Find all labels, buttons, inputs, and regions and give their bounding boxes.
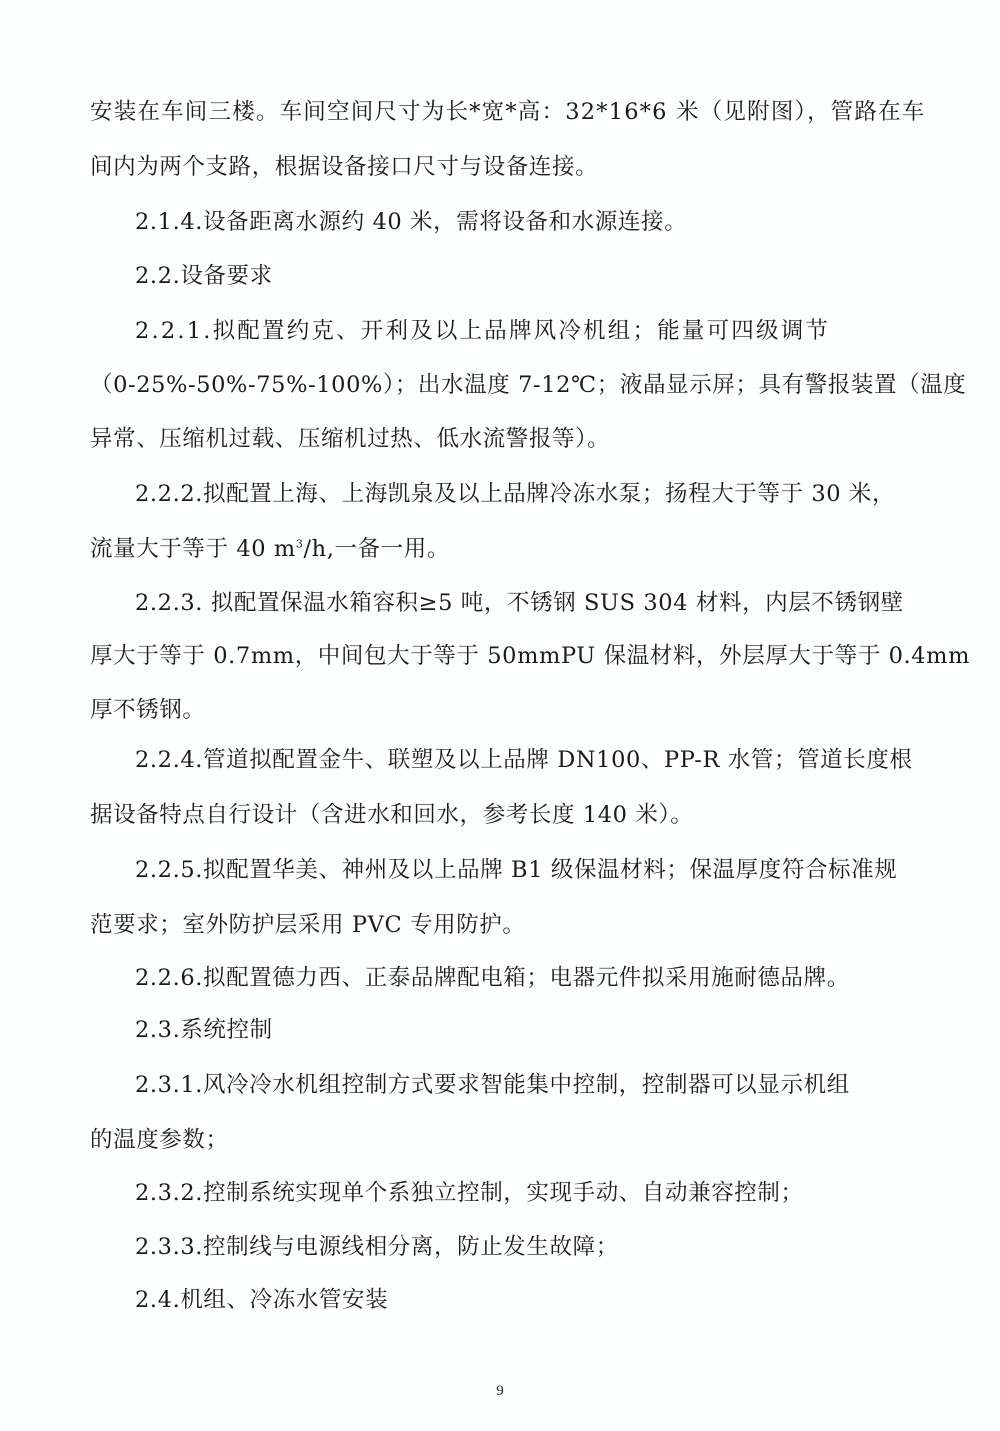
heading-2-3: 2.3.系统控制 xyxy=(135,1015,965,1045)
section-2-3-2: 2.3.2.控制系统实现单个系独立控制，实现手动、自动兼容控制； xyxy=(135,1178,965,1208)
section-2-3-1: 2.3.1.风冷冷水机组控制方式要求智能集中控制，控制器可以显示机组 xyxy=(135,1070,965,1100)
paragraph-line: 据设备特点自行设计（含进水和回水，参考长度 140 米）。 xyxy=(90,800,920,830)
paragraph-line: 厚大于等于 0.7mm，中间包大于等于 50mmPU 保温材料，外层厚大于等于 … xyxy=(90,641,920,671)
document-page: 安装在车间三楼。车间空间尺寸为长*宽*高：32*16*6 米（见附图），管路在车… xyxy=(0,0,1000,1431)
heading-2-2: 2.2.设备要求 xyxy=(135,261,965,291)
section-2-2-4: 2.2.4.管道拟配置金牛、联塑及以上品牌 DN100、PP-R 水管；管道长度… xyxy=(135,745,965,775)
flow-text: 流量大于等于 40 m xyxy=(90,536,296,562)
paragraph-line: 范要求；室外防护层采用 PVC 专用防护。 xyxy=(90,910,920,940)
section-2-2-6: 2.2.6.拟配置德力西、正泰品牌配电箱；电器元件拟采用施耐德品牌。 xyxy=(135,963,965,993)
section-2-2-3: 2.2.3. 拟配置保温水箱容积≥5 吨，不锈钢 SUS 304 材料，内层不锈… xyxy=(135,588,965,618)
paragraph-line: 厚不锈钢。 xyxy=(90,695,920,725)
section-2-2-1: 2.2.1.拟配置约克、开利及以上品牌风冷机组；能量可四级调节 xyxy=(135,316,965,346)
paragraph-line: （0-25%-50%-75%-100%）；出水温度 7-12℃；液晶显示屏；具有… xyxy=(90,370,920,400)
paragraph-line: 间内为两个支路，根据设备接口尺寸与设备连接。 xyxy=(90,152,920,182)
section-2-2-5: 2.2.5.拟配置华美、神州及以上品牌 B1 级保温材料；保温厚度符合标准规 xyxy=(135,855,965,885)
section-2-2-2: 2.2.2.拟配置上海、上海凯泉及以上品牌冷冻水泵；扬程大于等于 30 米， xyxy=(135,479,965,509)
paragraph-line: 流量大于等于 40 m3/h,一备一用。 xyxy=(90,534,920,564)
paragraph-line: 安装在车间三楼。车间空间尺寸为长*宽*高：32*16*6 米（见附图），管路在车 xyxy=(90,97,920,127)
flow-text-unit: /h,一备一用。 xyxy=(303,536,450,562)
paragraph-line: 的温度参数； xyxy=(90,1125,920,1155)
page-number: 9 xyxy=(0,1383,1000,1400)
heading-2-4: 2.4.机组、冷冻水管安装 xyxy=(135,1285,965,1315)
paragraph-line: 异常、压缩机过载、压缩机过热、低水流警报等）。 xyxy=(90,424,920,454)
section-2-1-4: 2.1.4.设备距离水源约 40 米，需将设备和水源连接。 xyxy=(135,207,965,237)
section-2-3-3: 2.3.3.控制线与电源线相分离，防止发生故障； xyxy=(135,1232,965,1262)
